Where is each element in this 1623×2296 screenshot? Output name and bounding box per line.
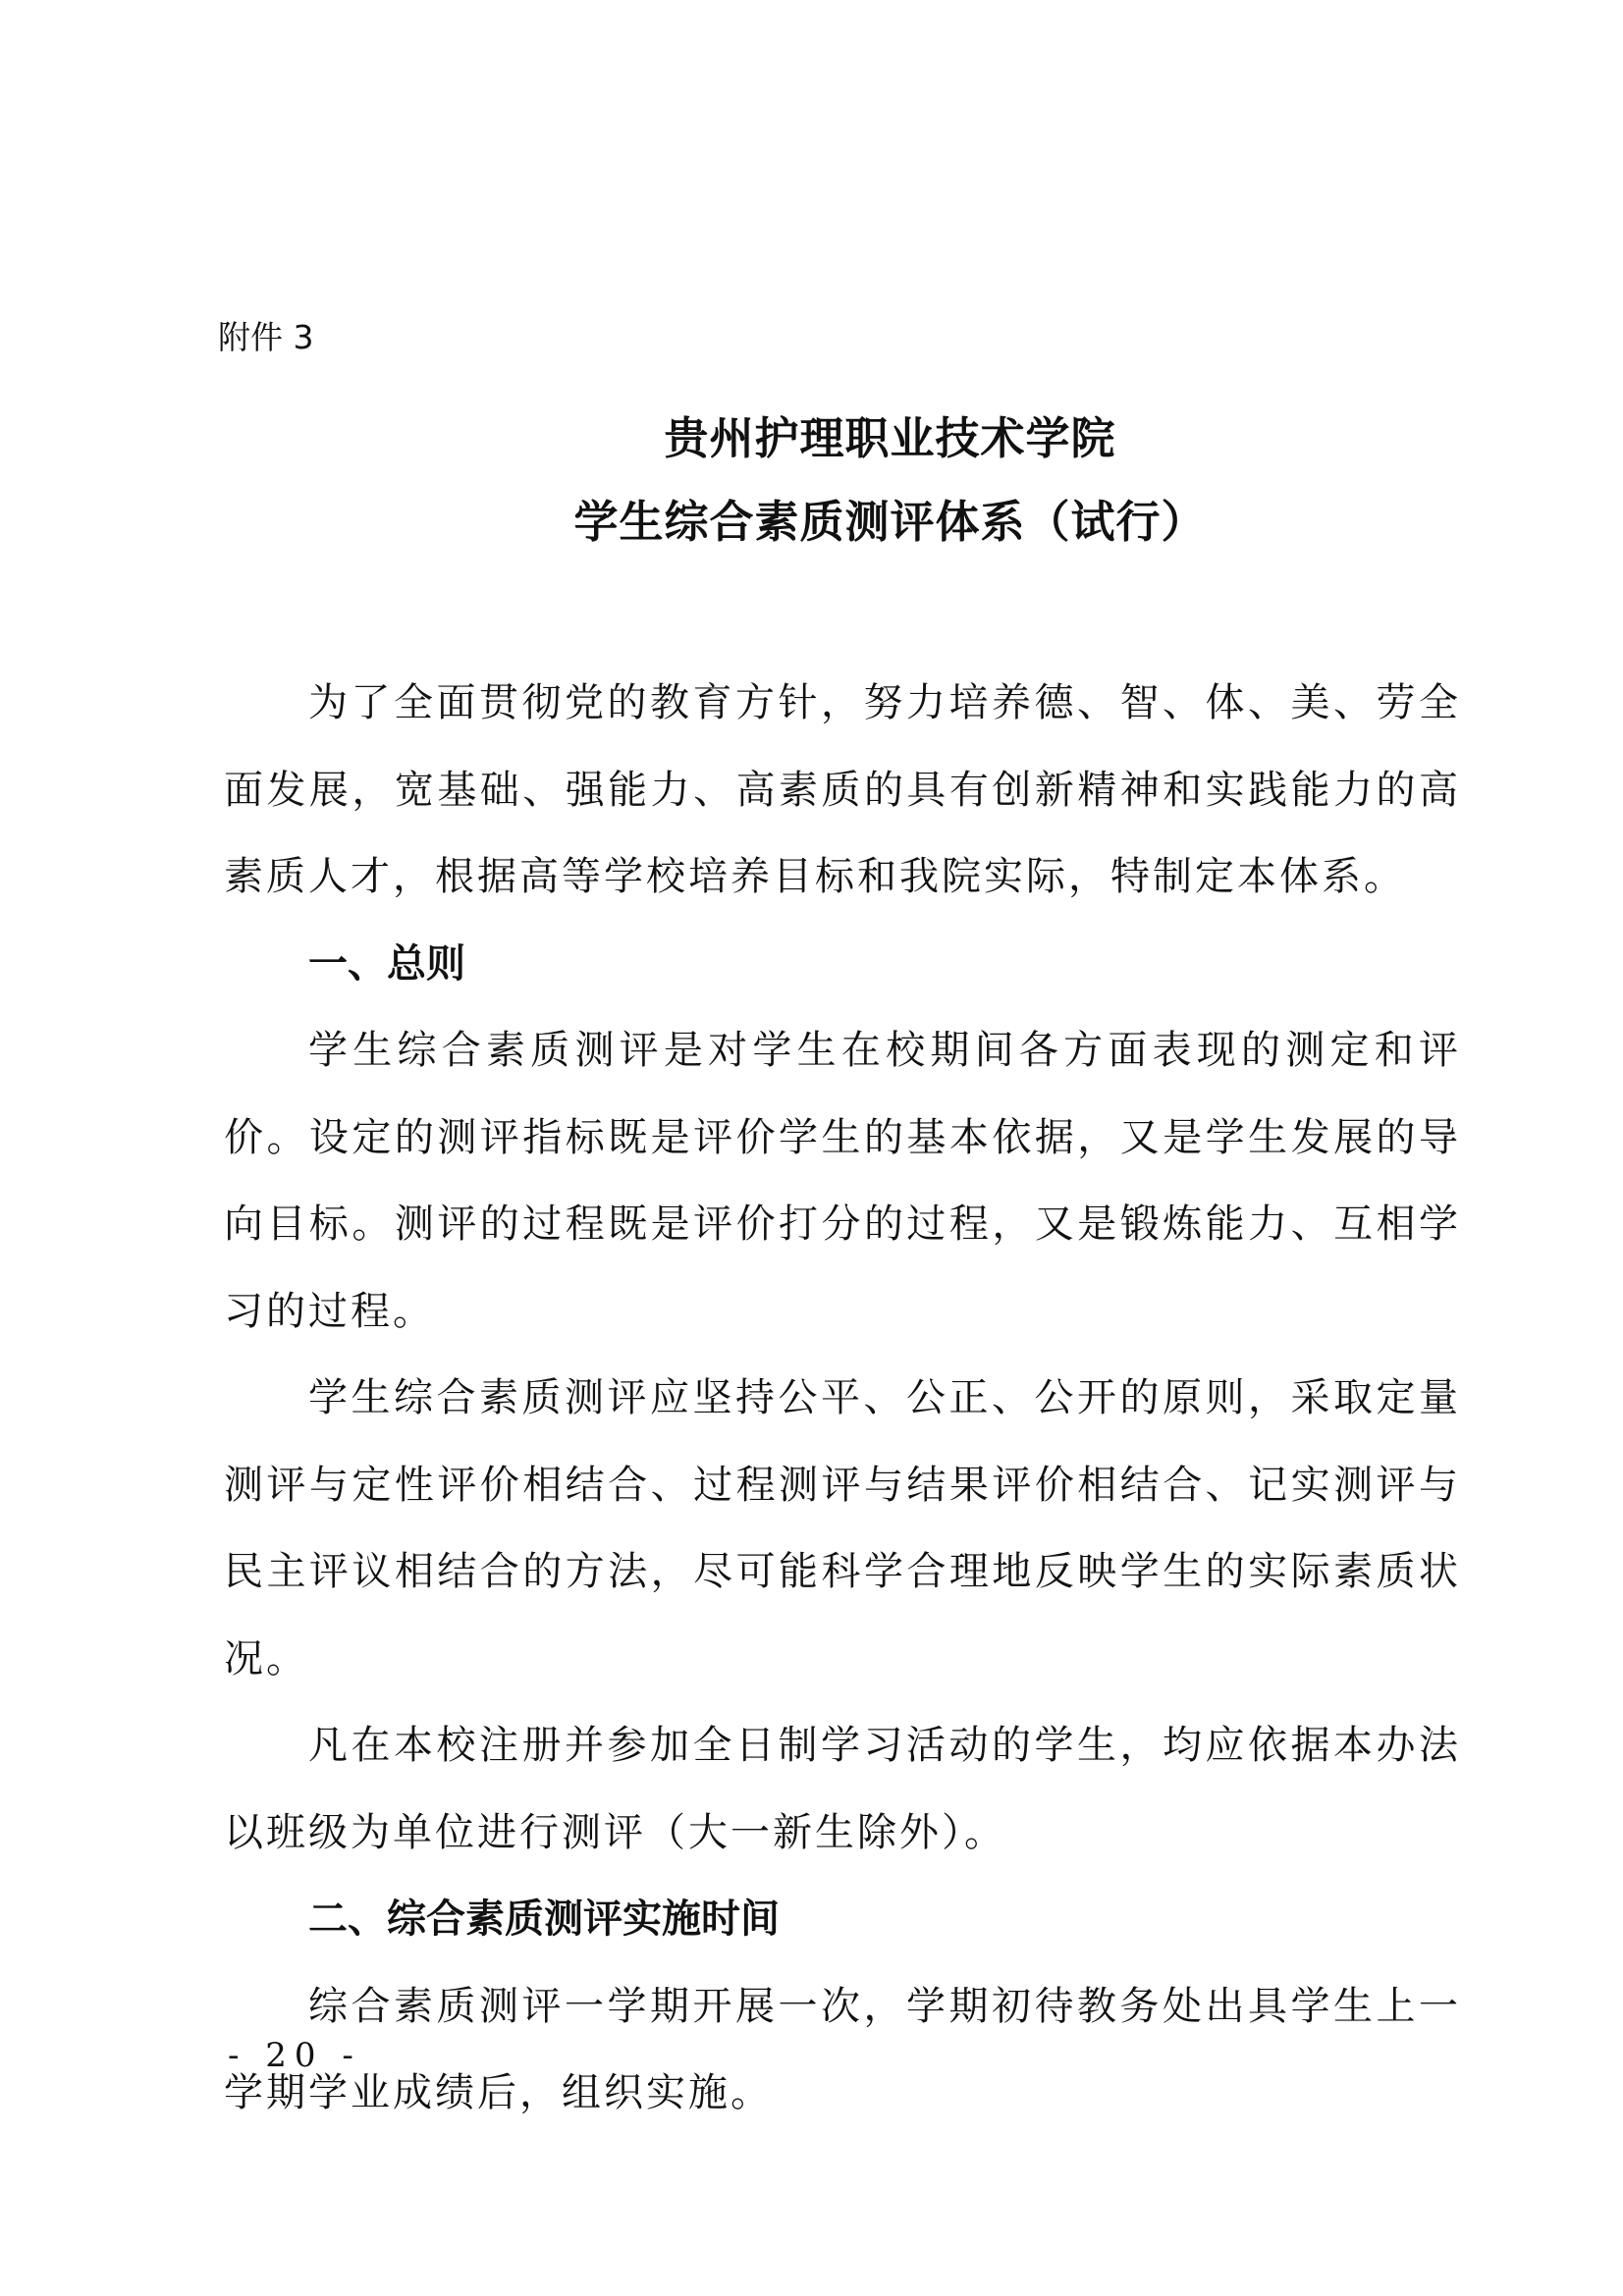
paragraph-timing: 综合素质测评一学期开展一次，学期初待教务处出具学生上一学期学业成绩后，组织实施。 xyxy=(224,1963,1461,2137)
page-number: - 20 - xyxy=(228,2036,361,2075)
section-heading-general: 一、总则 xyxy=(224,921,1461,1008)
paragraph-definition: 学生综合素质测评是对学生在校期间各方面表现的测定和评价。设定的测评指标既是评价学… xyxy=(224,1007,1461,1355)
attachment-label: 附件 3 xyxy=(218,312,314,358)
paragraph-scope: 凡在本校注册并参加全日制学习活动的学生，均应依据本办法以班级为单位进行测评（大一… xyxy=(224,1702,1461,1876)
document-title-line1: 贵州护理职业技术学院 xyxy=(79,402,1623,466)
intro-paragraph: 为了全面贯彻党的教育方针，努力培养德、智、体、美、劳全面发展，宽基础、强能力、高… xyxy=(224,660,1461,921)
section-heading-timing: 二、综合素质测评实施时间 xyxy=(224,1876,1461,1963)
document-body: 为了全面贯彻党的教育方针，努力培养德、智、体、美、劳全面发展，宽基础、强能力、高… xyxy=(224,660,1461,2137)
paragraph-principles: 学生综合素质测评应坚持公平、公正、公开的原则，采取定量测评与定性评价相结合、过程… xyxy=(224,1355,1461,1702)
document-title-line2: 学生综合素质测评体系（试行） xyxy=(79,486,1623,550)
